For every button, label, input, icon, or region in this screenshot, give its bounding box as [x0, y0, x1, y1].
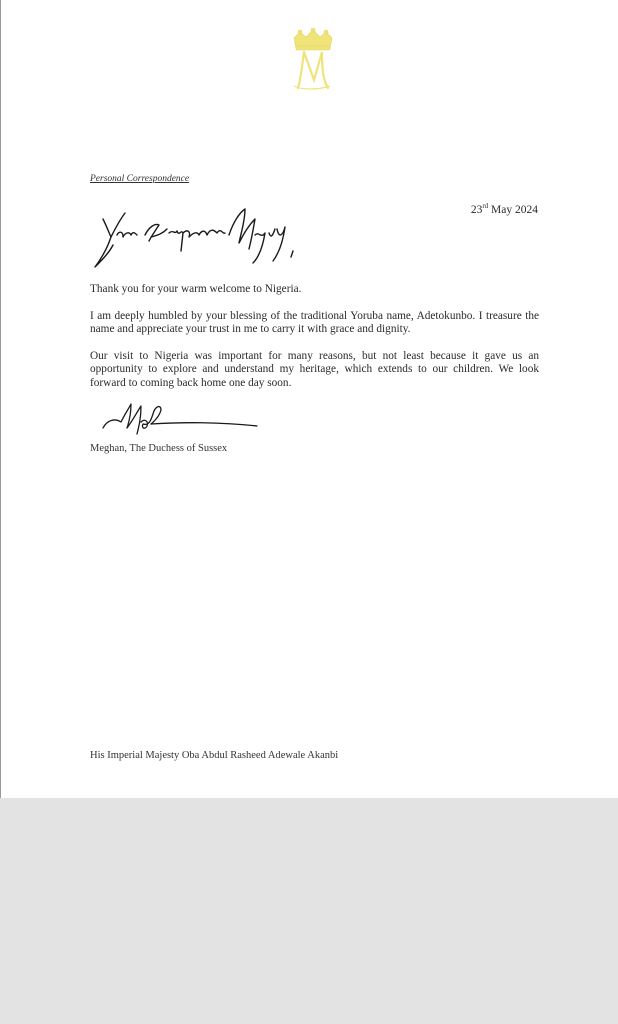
paragraph-1: Thank you for your warm welcome to Niger…	[90, 283, 539, 296]
letter-page: Personal Correspondence 23rd May 2024 Th…	[0, 0, 618, 798]
reference-label: Personal Correspondence	[90, 174, 189, 184]
crown-monogram-icon	[288, 28, 338, 92]
paragraph-3: Our visit to Nigeria was important for m…	[90, 350, 539, 390]
paragraph-2: I am deeply humbled by your blessing of …	[90, 310, 539, 337]
handwritten-signature	[101, 400, 261, 440]
date-rest: May 2024	[488, 204, 538, 216]
date-day: 23	[471, 204, 483, 216]
signer-name: Meghan, The Duchess of Sussex	[90, 443, 227, 454]
letter-date: 23rd May 2024	[471, 202, 538, 216]
handwritten-salutation	[89, 205, 304, 273]
recipient-name: His Imperial Majesty Oba Abdul Rasheed A…	[90, 750, 338, 761]
